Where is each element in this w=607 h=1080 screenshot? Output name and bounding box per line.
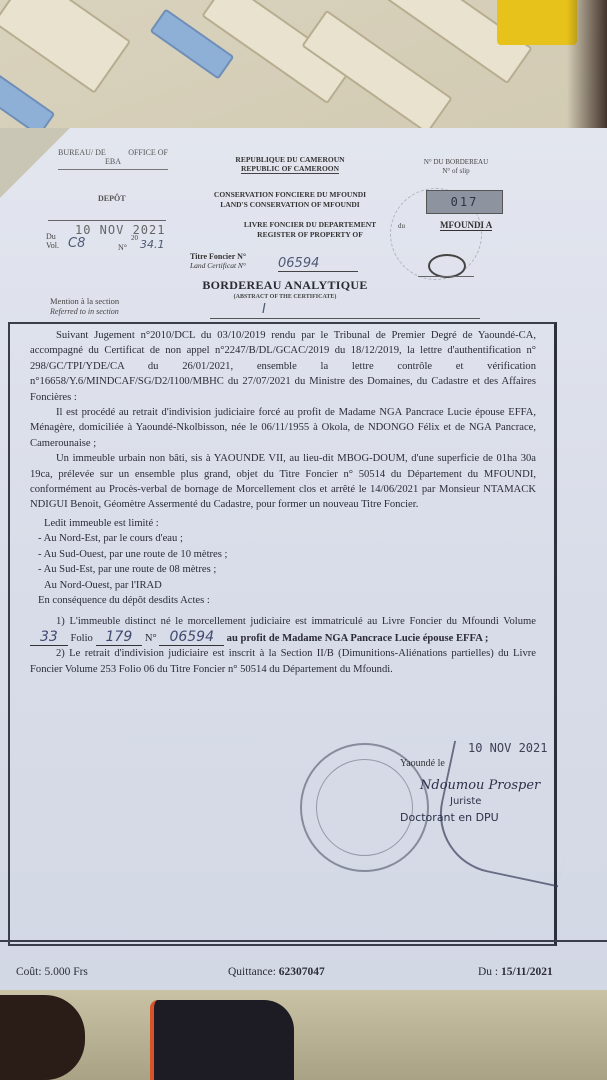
boundaries-list: Ledit immeuble est limité : - Au Nord-Es… — [38, 516, 536, 608]
item1-no: 06594 — [159, 629, 224, 646]
vol-label: Vol. — [46, 241, 59, 250]
document-subtitle: (ABSTRACT OF THE CERTIFICATE) — [180, 294, 390, 300]
signatory-title-1: Juriste — [450, 796, 481, 807]
paragraph-item-2: 2) Le retrait d'indivision judiciaire es… — [30, 646, 536, 677]
document-title: BORDEREAU ANALYTIQUE — [180, 278, 390, 293]
item1-beneficiary: au profit de Madame NGA Pancrace Lucie é… — [227, 633, 489, 644]
department-name: MFOUNDI A — [440, 220, 492, 231]
vol-value: C8 — [68, 236, 85, 251]
item1-volume: 33 — [30, 629, 68, 646]
conservation-header: CONSERVATION FONCIERE DU MFOUNDI LAND'S … — [185, 190, 395, 210]
bordereau-no-fr: N° DU BORDEREAU — [412, 158, 500, 167]
item1-folio: 179 — [96, 629, 143, 646]
signatory-name: Ndoumou Prosper — [420, 778, 540, 793]
coat-of-arms-icon — [428, 254, 466, 278]
republic-fr: REPUBLIQUE DU CAMEROUN — [190, 155, 390, 164]
paragraph-property: Un immeuble urbain non bâti, sis à YAOUN… — [30, 451, 536, 513]
item1-text: 1) L'immeuble distinct né le morcellemen… — [56, 616, 536, 627]
conservation-en: LAND'S CONSERVATION OF MFOUNDI — [185, 200, 395, 210]
paragraph-judgement: Suivant Jugement n°2010/DCL du 03/10/201… — [30, 328, 536, 405]
num-value: 34.1 — [140, 238, 165, 251]
shoe — [150, 1000, 294, 1080]
depot-stamp-date: 10 NOV 2021 — [75, 223, 165, 237]
republic-header: REPUBLIQUE DU CAMEROUN REPUBLIC OF CAMER… — [190, 155, 390, 174]
bordereau-number-value: 017 — [426, 190, 503, 214]
cost-label: Coût: — [16, 966, 42, 978]
titre-foncier-en: Land Certificat N° — [190, 261, 246, 270]
floor-bottom — [0, 990, 607, 1080]
receipt-field: Quittance: 62307047 — [228, 966, 325, 978]
boundary-item: - Au Sud-Est, par une route de 08 mètres… — [38, 562, 536, 577]
finger — [0, 995, 85, 1080]
paper-corner-fold — [0, 128, 70, 198]
boundary-item: - Au Sud-Ouest, par une route de 10 mètr… — [38, 547, 536, 562]
bordereau-no-en: N° of slip — [412, 167, 500, 176]
boundary-item: - Au Nord-Est, par le cours d'eau ; — [38, 531, 536, 546]
titre-foncier-label: Titre Foncier N° Land Certificat N° — [190, 252, 246, 270]
document-sheet: BUREAU/ DE OFFICE OF EBA DEPÔT 10 NOV 20… — [0, 128, 607, 990]
livre-en: REGISTER OF PROPERTY OF — [215, 230, 405, 240]
signature-place: Yaoundé le — [400, 758, 445, 769]
date-value: 15/11/2021 — [501, 966, 553, 978]
titre-foncier-fr: Titre Foncier N° — [190, 252, 246, 261]
item1-no-label: N° — [145, 633, 157, 644]
tile — [0, 71, 55, 136]
signature-date-stamp: 10 NOV 2021 — [468, 741, 547, 755]
paragraph-beneficiary: Il est procédé au retrait d'indivision j… — [30, 405, 536, 451]
du-label: Du — [46, 232, 56, 241]
num-year: 20 — [131, 234, 138, 242]
paragraph-item-1: 1) L'immeuble distinct né le morcellemen… — [30, 614, 536, 646]
consequence-line: En conséquence du dépôt desdits Actes : — [38, 593, 536, 608]
boundaries-intro: Ledit immeuble est limité : — [38, 516, 536, 531]
cost-field: Coût: 5.000 Frs — [16, 966, 88, 978]
conservation-fr: CONSERVATION FONCIERE DU MFOUNDI — [185, 190, 395, 200]
bordereau-number-label: N° DU BORDEREAU N° of slip — [412, 158, 500, 176]
document-body: Suivant Jugement n°2010/DCL du 03/10/201… — [30, 328, 536, 677]
office-name: EBA — [58, 157, 168, 166]
num-label: N° — [118, 243, 127, 252]
titre-foncier-value: 06594 — [278, 256, 358, 272]
item1-folio-label: Folio — [70, 633, 92, 644]
tile — [0, 0, 131, 94]
mention-section-value: I — [262, 302, 266, 317]
depot-label: DEPÔT — [98, 194, 126, 203]
mention-en: Referred to in section — [50, 307, 119, 316]
livre-fr: LIVRE FONCIER DU DEPARTEMENT — [215, 220, 405, 230]
mention-section-label: Mention à la section Referred to in sect… — [50, 296, 119, 317]
republic-en: REPUBLIC OF CAMEROON — [241, 164, 339, 174]
cost-value: 5.000 Frs — [44, 966, 87, 978]
date-field: Du : 15/11/2021 — [478, 966, 553, 978]
signature-block: 10 NOV 2021 Yaoundé le Ndoumou Prosper J… — [300, 733, 600, 893]
receipt-value: 62307047 — [279, 966, 325, 978]
mention-fr: Mention à la section — [50, 296, 119, 306]
office-label-en: OFFICE OF — [128, 148, 168, 157]
register-header: LIVRE FONCIER DU DEPARTEMENT REGISTER OF… — [215, 220, 405, 240]
receipt-label: Quittance: — [228, 966, 276, 978]
boundary-item: Au Nord-Ouest, par l'IRAD — [38, 578, 536, 593]
office-block: BUREAU/ DE OFFICE OF EBA — [58, 148, 168, 170]
yellow-object — [497, 0, 577, 45]
date-label: Du : — [478, 966, 498, 978]
signatory-title-2: Doctorant en DPU — [400, 811, 499, 824]
